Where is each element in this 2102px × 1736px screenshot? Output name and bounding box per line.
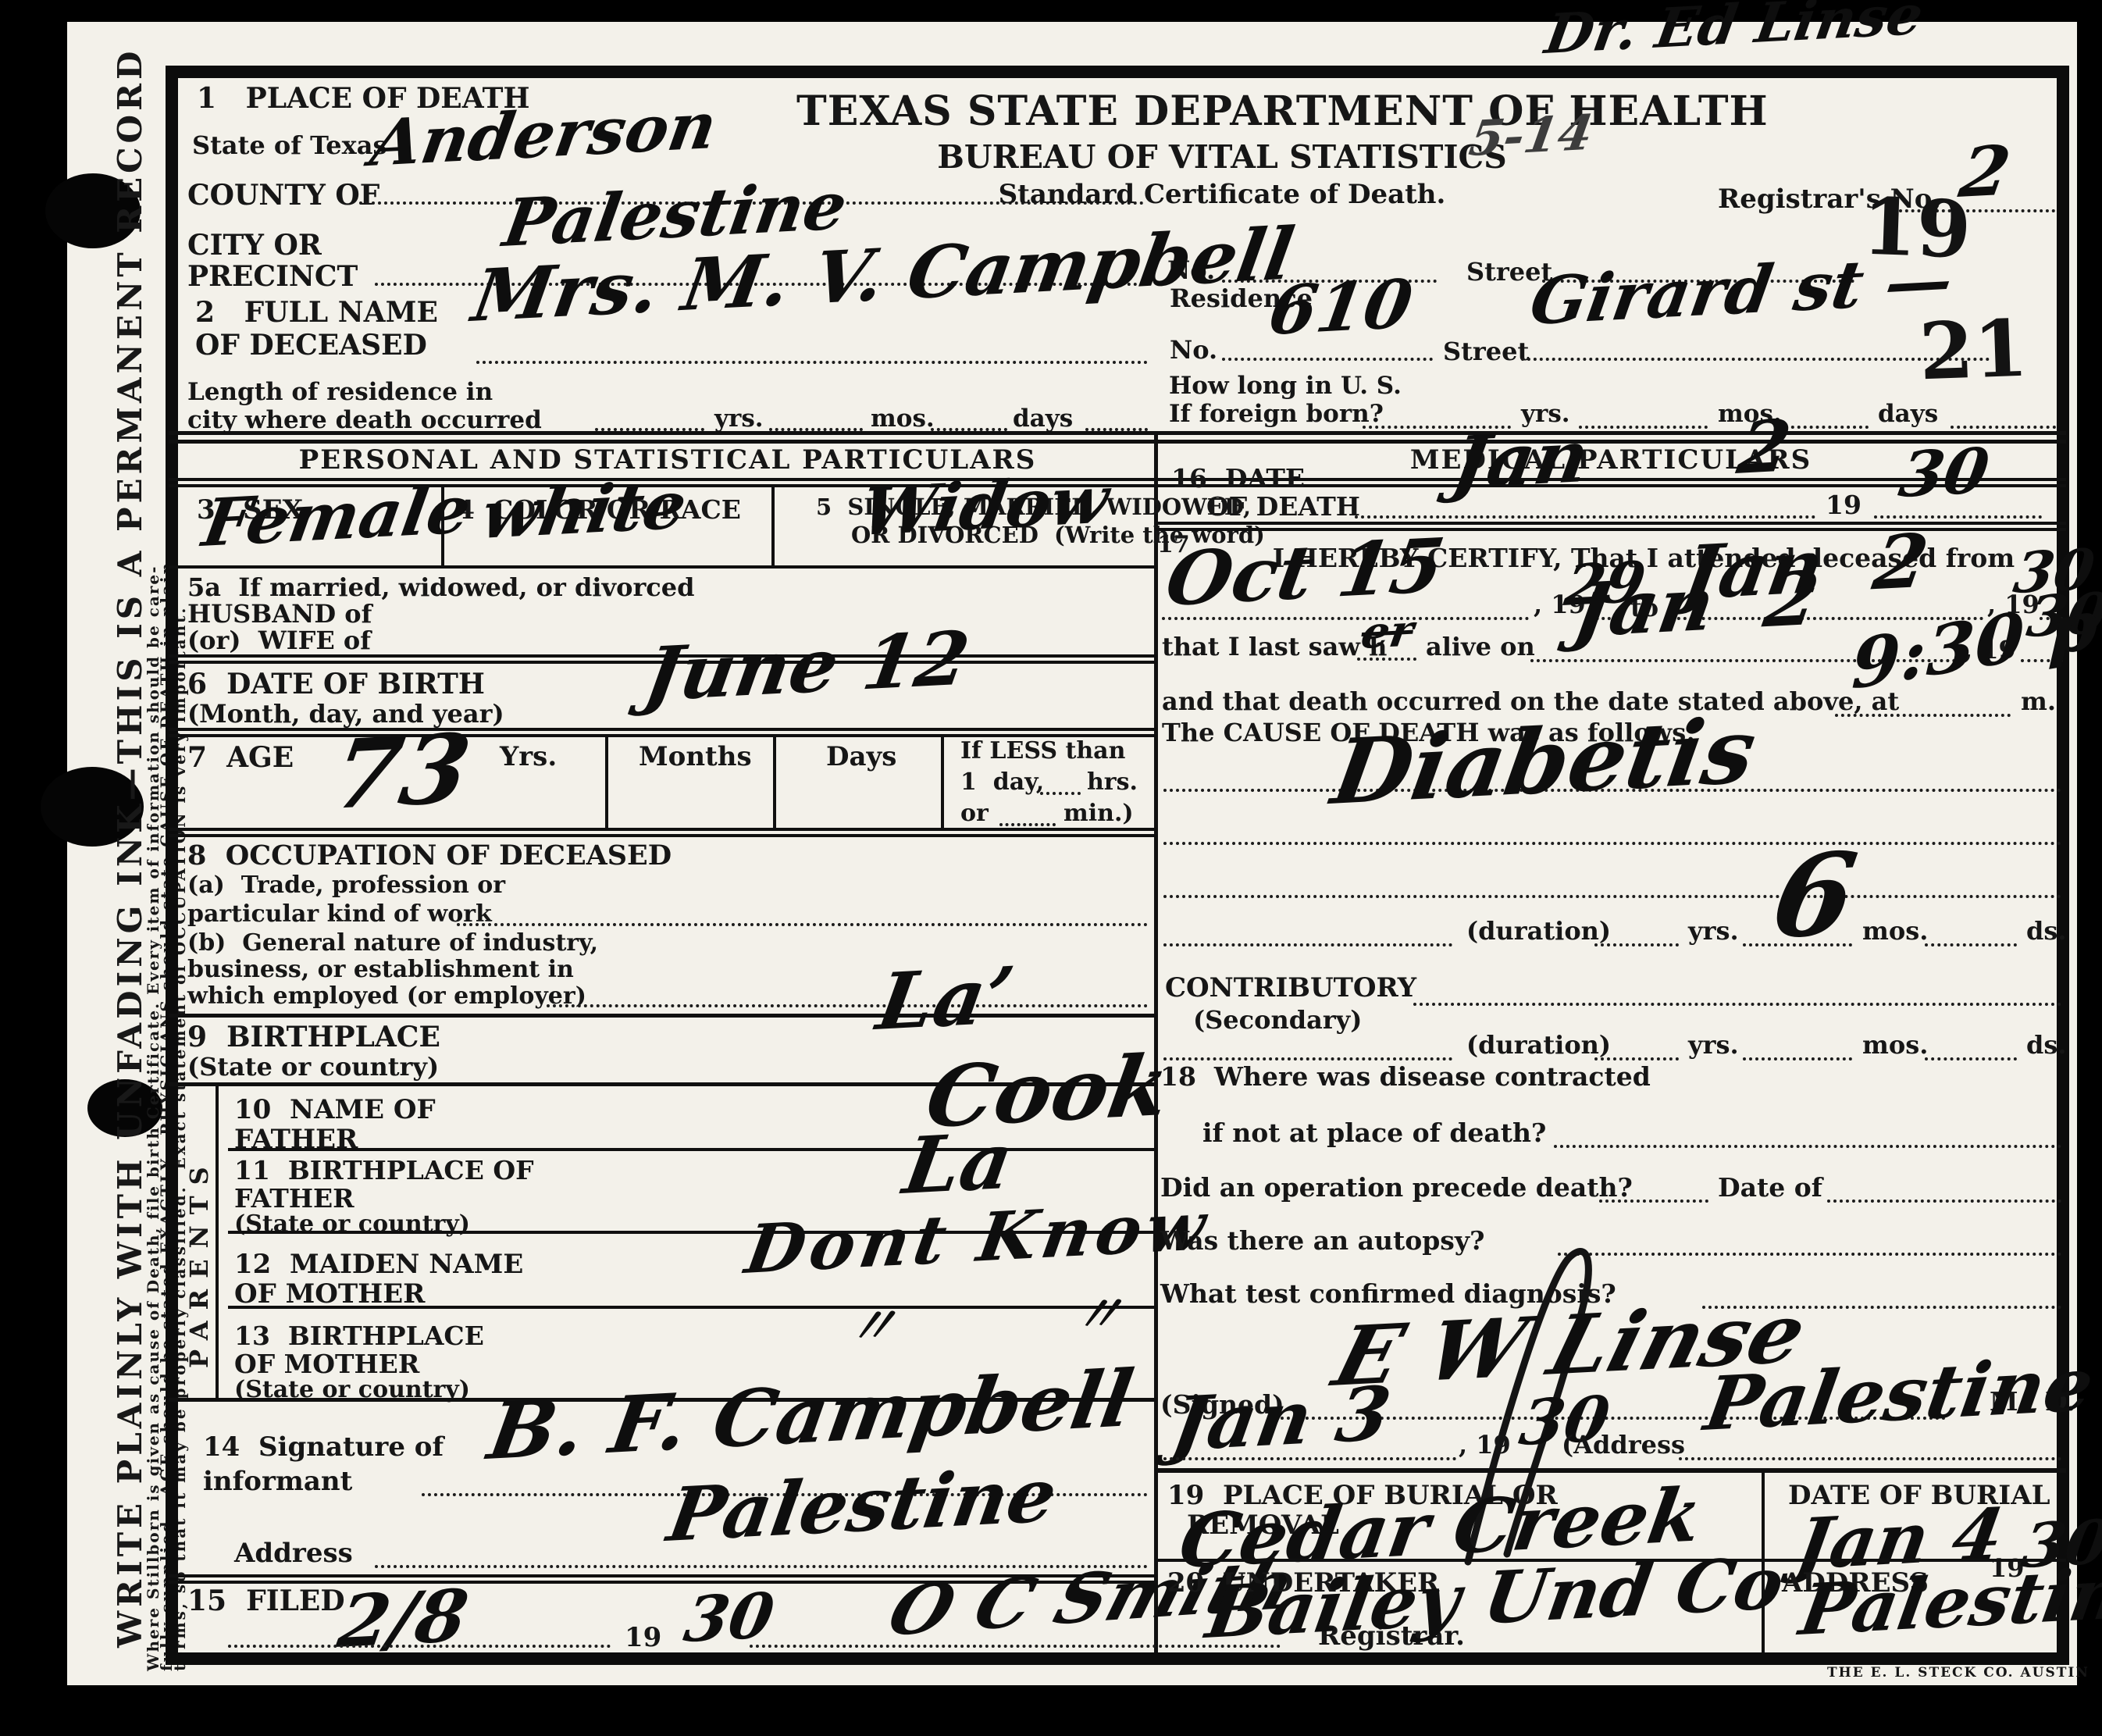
stamp-21: 21 <box>1918 309 2029 391</box>
row-rule <box>169 565 1154 569</box>
residence-street-value: Girard st — <box>1527 250 1957 330</box>
informant-label-2: informant <box>203 1468 352 1496</box>
birthplace-label-2: (State or country) <box>187 1054 439 1081</box>
dod-yy-value: 30 <box>1896 442 1993 503</box>
occupation-label: 8 OCCUPATION OF DECEASED <box>187 842 672 871</box>
dod-19-label: 19 <box>1826 492 1862 519</box>
dob-value: June 12 <box>640 626 973 709</box>
operation-label: Did an operation precede death? <box>1160 1175 1633 1202</box>
informant-label-1: 14 Signature of <box>203 1434 444 1462</box>
ifless-hrs-line <box>1040 792 1081 795</box>
signed-date-line <box>1163 1457 1456 1460</box>
duration2-mos-label: mos. <box>1862 1032 1928 1059</box>
duration2-ds-label: ds. <box>2026 1032 2067 1059</box>
item5a-label-2: HUSBAND of <box>187 601 372 628</box>
ifless-label-1: If LESS than <box>960 739 1125 764</box>
filed-yy-value: 30 <box>681 1587 778 1648</box>
lastsaw-h-line <box>1357 658 1416 661</box>
standard-certificate-label: Standard Certificate of Death. <box>796 181 1648 209</box>
length-days-label: days <box>1013 406 1073 432</box>
scan-edge-bottom <box>0 1685 2102 1736</box>
cause-line-2 <box>1163 842 2061 845</box>
operation-line <box>1599 1200 1708 1203</box>
ifless-label-3b: min.) <box>1063 801 1134 826</box>
duration2-ds-line <box>1925 1057 2017 1060</box>
howlong-days-label: days <box>1878 401 1938 427</box>
occurred-m-label: m. <box>2021 689 2056 715</box>
item5a-label-1: 5a If married, widowed, or divorced <box>187 575 695 601</box>
secondary-label: (Secondary) <box>1193 1007 1362 1034</box>
birthplace-value: La’ <box>873 960 1018 1037</box>
row-rule <box>169 828 1154 831</box>
howlong-label-1: How long in U. S. <box>1169 373 1402 399</box>
residence-no-fill-line <box>1222 358 1433 361</box>
mother-bp-label-2: OF MOTHER <box>234 1351 419 1378</box>
duration-ds-label: ds. <box>2026 918 2067 945</box>
dod-label-2: OF DEATH <box>1206 494 1360 521</box>
ifless-label-3a: or <box>960 801 989 826</box>
age-months-label: Months <box>639 743 752 772</box>
cell-divider <box>773 737 776 828</box>
length-yrs-label: yrs. <box>714 406 764 432</box>
duration-ds-line <box>1925 943 2017 946</box>
filed-line-1 <box>228 1645 611 1648</box>
mother-bp-label-1: 13 BIRTHPLACE <box>234 1323 484 1350</box>
occupation-a-label-2: particular kind of work <box>187 902 492 927</box>
mother-value: Dont Know <box>742 1196 1214 1280</box>
cell-divider <box>771 487 775 565</box>
operation-date-line <box>1827 1200 2061 1203</box>
item18-label-1: 18 Where was disease contracted <box>1160 1064 1651 1091</box>
contributory-label: CONTRIBUTORY <box>1165 975 1416 1003</box>
signed-address-value: Palestine <box>1701 1351 2097 1438</box>
race-value: white <box>478 476 690 545</box>
signed-address-line <box>1679 1457 2061 1460</box>
age-yrs-label: Yrs. <box>500 743 557 772</box>
cell-divider <box>605 737 608 828</box>
cause-line-3 <box>1163 895 2061 898</box>
occupation-a-label-1: (a) Trade, profession or <box>187 873 505 898</box>
length-residence-label-1: Length of residence in <box>187 380 493 405</box>
parents-divider <box>216 1085 219 1398</box>
lastsaw-struck-text: er <box>1359 611 1416 654</box>
death-certificate-scan: { "margin": { "bold": "WRITE PLAINLY WIT… <box>0 0 2102 1736</box>
bureau-number: 5-14 <box>1466 111 1596 161</box>
ifless-label-2a: 1 day, <box>960 770 1044 795</box>
residence-no-value: 610 <box>1265 274 1416 342</box>
marital-value: Widow <box>857 470 1113 542</box>
duration-mos-label: mos. <box>1862 918 1928 945</box>
lastsaw-text-1: that I last saw h <box>1162 634 1387 661</box>
age-value: 73 <box>328 725 476 818</box>
county-value: Anderson <box>367 98 720 173</box>
occupation-a-fill-line <box>457 923 1148 926</box>
fullname-label-1: 2 FULL NAME <box>195 298 438 328</box>
mother-bp-value: 〃 〃 <box>843 1292 1127 1351</box>
occupation-b-label-2: business, or establishment in <box>187 957 574 982</box>
attended-from-value: Oct 15 <box>1162 533 1448 614</box>
cell-divider <box>941 737 944 828</box>
burial-top-rule <box>1154 1468 2066 1473</box>
occurred-time-line <box>1835 714 2011 717</box>
item5a-label-3: (or) WIFE of <box>187 628 371 654</box>
dod-label-1: 16 DATE <box>1171 465 1305 493</box>
item18-label-2: if not at place of death? <box>1202 1120 1546 1147</box>
ifless-min-line <box>999 823 1056 826</box>
howlong-label-2: If foreign born? <box>1169 401 1384 427</box>
filed-label: 15 FILED <box>187 1587 345 1617</box>
signed-19-label: , 19 <box>1459 1432 1511 1459</box>
signed-date-value: Jan 3 <box>1167 1381 1395 1459</box>
scan-edge-left <box>0 0 67 1736</box>
printer-mark: THE E. L. STECK CO. AUSTIN <box>1827 1666 2090 1681</box>
informant-address-label: Address <box>234 1540 353 1568</box>
duration-label: (duration) <box>1466 918 1611 945</box>
length-mos-label: mos. <box>871 406 935 432</box>
duration2-label: (duration) <box>1466 1032 1611 1059</box>
father-label-1: 10 NAME OF <box>234 1096 436 1125</box>
scan-edge-right <box>2077 0 2102 1736</box>
father-bp-label-2: FATHER <box>234 1185 354 1213</box>
row-rule <box>169 728 1154 731</box>
occupation-b-label-3: which employed (or employer) <box>187 984 586 1009</box>
father-bp-label-1: 11 BIRTHPLACE OF <box>234 1157 534 1185</box>
occupation-b-fill-line <box>547 1004 1148 1007</box>
mother-label-1: 12 MAIDEN NAME <box>234 1251 523 1279</box>
birthplace-label-1: 9 BIRTHPLACE <box>187 1023 440 1053</box>
informant-city-value: Palestine <box>664 1462 1060 1549</box>
fullname-label-2: OF DECEASED <box>195 331 427 361</box>
residence-street-label: Street <box>1443 339 1529 365</box>
duration2-mos-line <box>1743 1057 1852 1060</box>
sex-value: Female <box>199 479 475 552</box>
dod-value: Jan 2 <box>1448 414 1795 496</box>
duration2-lead-line <box>1163 1057 1452 1060</box>
mother-label-2: OF MOTHER <box>234 1281 425 1309</box>
duration2-yrs-line <box>1594 1057 1679 1060</box>
duration2-yrs-label: yrs. <box>1688 1032 1739 1059</box>
dob-label-1: 6 DATE OF BIRTH <box>187 670 485 700</box>
fullname-fill-line <box>476 361 1148 364</box>
age-days-label: Days <box>826 743 896 772</box>
item18-fill-line <box>1554 1145 2061 1148</box>
undertaker-address-value: Palestine <box>1796 1560 2102 1642</box>
father-bp-value: La <box>900 1125 1017 1201</box>
county-label: COUNTY OF <box>187 181 379 211</box>
dod-fill-line <box>1355 515 1815 519</box>
state-of-texas-label: State of Texas <box>192 133 387 159</box>
precinct-label: PRECINCT <box>187 262 358 292</box>
filed-line-2 <box>750 1645 1281 1648</box>
duration-yrs-line <box>1594 943 1679 946</box>
duration-lead-line <box>1163 943 1452 946</box>
lastsaw-text-2: alive on <box>1426 634 1535 661</box>
howlong-days-line-2 <box>1951 426 2056 429</box>
age-label: 7 AGE <box>187 743 294 773</box>
residence-no-label: No. <box>1170 337 1217 364</box>
duration-yrs-label: yrs. <box>1688 918 1739 945</box>
filed-19-label: 19 <box>625 1624 661 1652</box>
row-rule <box>169 834 1154 837</box>
ifless-label-2b: hrs. <box>1087 770 1138 795</box>
occupation-b-label-1: (b) General nature of industry, <box>187 931 598 956</box>
length-residence-label-2: city where death occurred <box>187 408 542 433</box>
signed-address-label: (Address <box>1562 1432 1685 1459</box>
row-rule <box>228 1148 1154 1151</box>
parents-label: PARENTS <box>184 1156 214 1368</box>
city-or-label: CITY OR <box>187 231 322 261</box>
lastsaw-date-value: Jan 2 <box>1569 565 1823 644</box>
dod-yy-line <box>1874 515 2042 519</box>
operation-date-of-label: Date of <box>1718 1175 1822 1202</box>
cause-value: Diabetis <box>1327 711 1761 813</box>
contributory-line <box>1413 1003 2061 1006</box>
